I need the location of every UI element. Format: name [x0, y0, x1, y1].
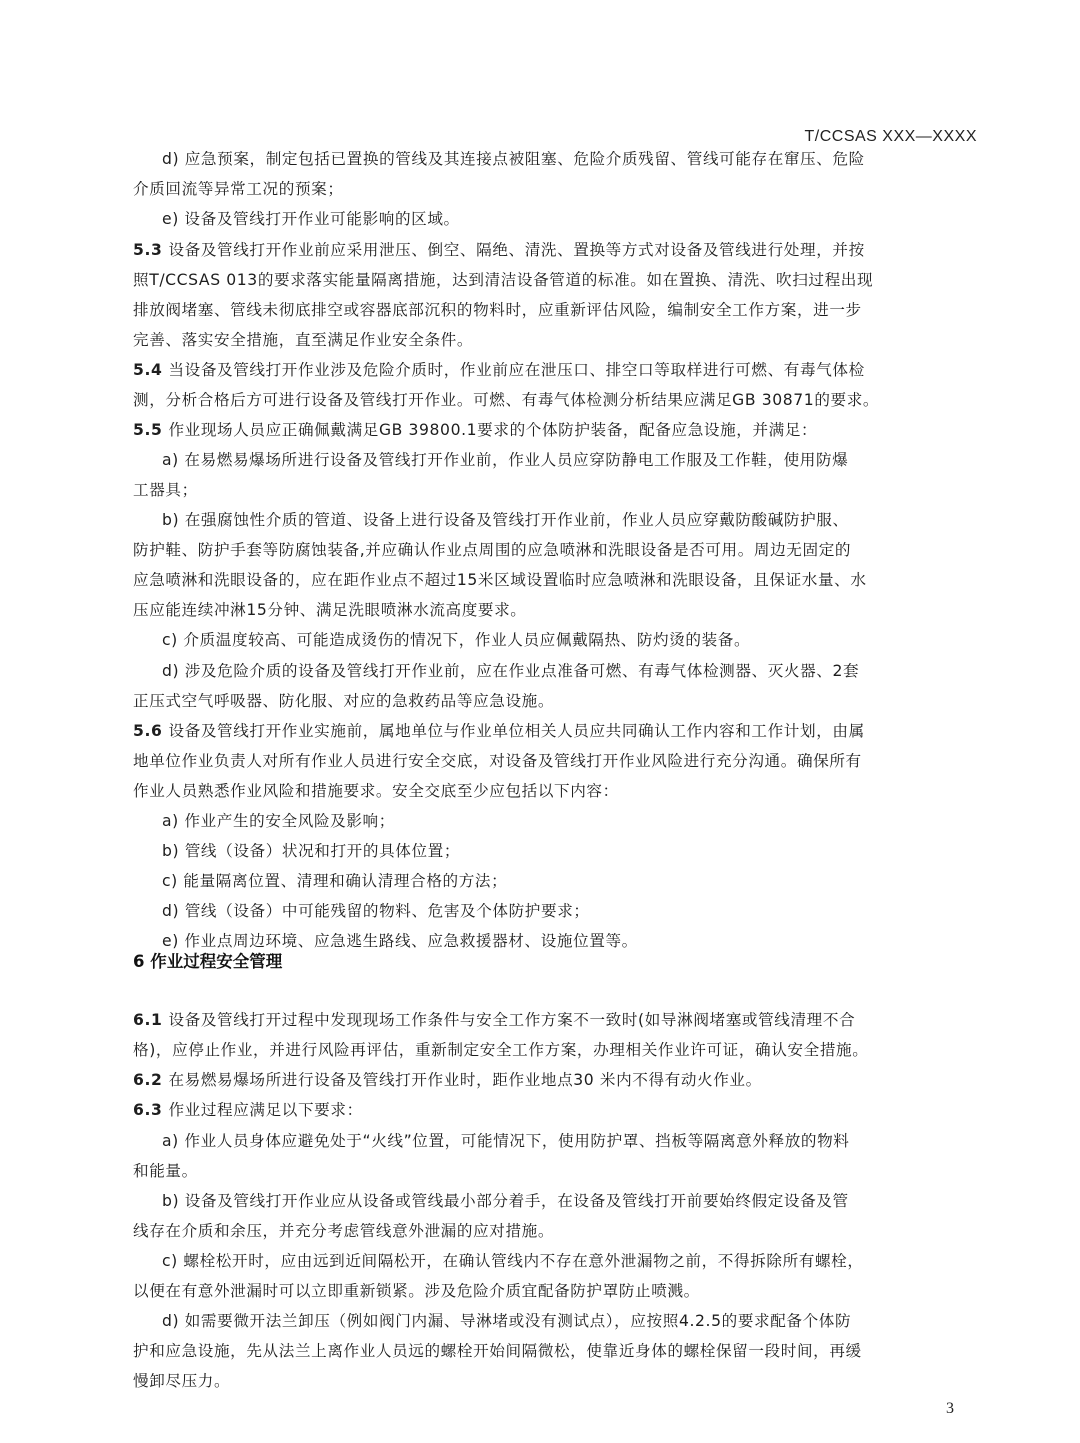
text-line: b) 在强腐蚀性介质的管道、设备上进行设备及管线打开作业前，作业人员应穿戴防酸碱… [162, 510, 849, 530]
line-text: 线存在介质和余压，并充分考虑管线意外泄漏的应对措施。 [133, 1222, 554, 1240]
line-text: d) 涉及危险介质的设备及管线打开作业前，应在作业点准备可燃、有毒气体检测器、灭… [162, 662, 859, 680]
text-line: 线存在介质和余压，并充分考虑管线意外泄漏的应对措施。 [133, 1221, 554, 1241]
text-line: 和能量。 [133, 1161, 198, 1181]
line-text: a) 作业人员身体应避免处于“火线”位置，可能情况下，使用防护罩、挡板等隔离意外… [162, 1132, 850, 1150]
line-text: 慢卸尽压力。 [133, 1372, 230, 1390]
text-line: 格)，应停止作业，并进行风险再评估，重新制定安全工作方案，办理相关作业许可证，确… [133, 1040, 868, 1060]
clause-number: 5.4 [133, 361, 162, 379]
clause-line: 6.2在易燃易爆场所进行设备及管线打开作业时，距作业地点30 米内不得有动火作业… [133, 1070, 762, 1090]
clause-number: 5.3 [133, 241, 162, 259]
clause-line: 5.3设备及管线打开作业前应采用泄压、倒空、隔绝、清洗、置换等方式对设备及管线进… [133, 240, 865, 260]
clause-line: 5.5作业现场人员应正确佩戴满足GB 39800.1要求的个体防护装备，配备应急… [133, 420, 817, 440]
text-line: c) 能量隔离位置、清理和确认清理合格的方法； [162, 871, 507, 891]
line-text: 防护鞋、防护手套等防腐蚀装备,并应确认作业点周围的应急喷淋和洗眼设备是否可用。周… [133, 541, 851, 559]
text-line: 照T/CCSAS 013的要求落实能量隔离措施，达到清洁设备管道的标准。如在置换… [133, 270, 873, 290]
line-text: 地单位作业负责人对所有作业人员进行安全交底，对设备及管线打开作业风险进行充分沟通… [133, 752, 862, 770]
text-line: 完善、落实安全措施，直至满足作业安全条件。 [133, 330, 473, 350]
text-line: 工器具； [133, 480, 198, 500]
line-text: e) 设备及管线打开作业可能影响的区域。 [162, 210, 460, 228]
text-line: 介质回流等异常工况的预案； [133, 179, 344, 199]
text-line: d) 管线（设备）中可能残留的物料、危害及个体防护要求； [162, 901, 590, 921]
line-text: 设备及管线打开作业前应采用泄压、倒空、隔绝、清洗、置换等方式对设备及管线进行处理… [168, 241, 864, 259]
line-text: 压应能连续冲淋15分钟、满足洗眼喷淋水流高度要求。 [133, 601, 527, 619]
line-text: 设备及管线打开作业实施前，属地单位与作业单位相关人员应共同确认工作内容和工作计划… [168, 722, 864, 740]
text-line: c) 螺栓松开时，应由远到近间隔松开，在确认管线内不存在意外泄漏物之前，不得拆除… [162, 1251, 864, 1271]
line-text: d) 管线（设备）中可能残留的物料、危害及个体防护要求； [162, 902, 590, 920]
line-text: b) 在强腐蚀性介质的管道、设备上进行设备及管线打开作业前，作业人员应穿戴防酸碱… [162, 511, 849, 529]
text-line: c) 介质温度较高、可能造成烫伤的情况下，作业人员应佩戴隔热、防灼烫的装备。 [162, 630, 750, 650]
document-page: T/CCSAS XXX—XXXX d) 应急预案，制定包括已置换的管线及其连接点… [0, 0, 1080, 1443]
line-text: 完善、落实安全措施，直至满足作业安全条件。 [133, 331, 473, 349]
clause-number: 6.3 [133, 1101, 162, 1119]
text-line: 护和应急设施，先从法兰上离作业人员远的螺栓开始间隔微松，使靠近身体的螺栓保留一段… [133, 1341, 862, 1361]
text-line: 排放阀堵塞、管线未彻底排空或容器底部沉积的物料时，应重新评估风险，编制安全工作方… [133, 300, 862, 320]
section-title-6: 6 作业过程安全管理 [133, 948, 282, 972]
line-text: 照T/CCSAS 013的要求落实能量隔离措施，达到清洁设备管道的标准。如在置换… [133, 271, 873, 289]
page-number: 3 [946, 1400, 954, 1418]
text-line: a) 在易燃易爆场所进行设备及管线打开作业前，作业人员应穿防静电工作服及工作鞋，… [162, 450, 848, 470]
line-text: 正压式空气呼吸器、防化服、对应的急救药品等应急设施。 [133, 692, 554, 710]
line-text: d) 应急预案，制定包括已置换的管线及其连接点被阻塞、危险介质残留、管线可能存在… [162, 150, 865, 168]
line-text: d) 如需要微开法兰卸压（例如阀门内漏、导淋堵或没有测试点），应按照4.2.5的… [162, 1312, 851, 1330]
line-text: c) 介质温度较高、可能造成烫伤的情况下，作业人员应佩戴隔热、防灼烫的装备。 [162, 631, 750, 649]
line-text: 介质回流等异常工况的预案； [133, 180, 344, 198]
line-text: 作业人员熟悉作业风险和措施要求。安全交底至少应包括以下内容： [133, 782, 619, 800]
text-line: 测，分析合格后方可进行设备及管线打开作业。可燃、有毒气体检测分析结果应满足GB … [133, 390, 879, 410]
text-line: b) 设备及管线打开作业应从设备或管线最小部分着手，在设备及管线打开前要始终假定… [162, 1191, 849, 1211]
line-text: 工器具； [133, 481, 198, 499]
text-line: 防护鞋、防护手套等防腐蚀装备,并应确认作业点周围的应急喷淋和洗眼设备是否可用。周… [133, 540, 851, 560]
clause-line: 6.3作业过程应满足以下要求： [133, 1100, 363, 1120]
text-line: d) 如需要微开法兰卸压（例如阀门内漏、导淋堵或没有测试点），应按照4.2.5的… [162, 1311, 851, 1331]
text-line: d) 应急预案，制定包括已置换的管线及其连接点被阻塞、危险介质残留、管线可能存在… [162, 149, 865, 169]
line-text: 在易燃易爆场所进行设备及管线打开作业时，距作业地点30 米内不得有动火作业。 [168, 1071, 761, 1089]
text-line: 地单位作业负责人对所有作业人员进行安全交底，对设备及管线打开作业风险进行充分沟通… [133, 751, 862, 771]
text-line: 作业人员熟悉作业风险和措施要求。安全交底至少应包括以下内容： [133, 781, 619, 801]
clause-number: 5.6 [133, 722, 162, 740]
line-text: 护和应急设施，先从法兰上离作业人员远的螺栓开始间隔微松，使靠近身体的螺栓保留一段… [133, 1342, 862, 1360]
text-line: a) 作业人员身体应避免处于“火线”位置，可能情况下，使用防护罩、挡板等隔离意外… [162, 1131, 850, 1151]
line-text: c) 螺栓松开时，应由远到近间隔松开，在确认管线内不存在意外泄漏物之前，不得拆除… [162, 1252, 864, 1270]
clause-number: 6.2 [133, 1071, 162, 1089]
text-line: e) 设备及管线打开作业可能影响的区域。 [162, 209, 460, 229]
text-line: a) 作业产生的安全风险及影响； [162, 811, 395, 831]
text-line: b) 管线（设备）状况和打开的具体位置； [162, 841, 460, 861]
line-text: 和能量。 [133, 1162, 198, 1180]
line-text: 应急喷淋和洗眼设备的，应在距作业点不超过15米区域设置临时应急喷淋和洗眼设备，且… [133, 571, 867, 589]
line-text: a) 作业产生的安全风险及影响； [162, 812, 395, 830]
line-text: 当设备及管线打开作业涉及危险介质时，作业前应在泄压口、排空口等取样进行可燃、有毒… [168, 361, 864, 379]
line-text: b) 管线（设备）状况和打开的具体位置； [162, 842, 460, 860]
line-text: b) 设备及管线打开作业应从设备或管线最小部分着手，在设备及管线打开前要始终假定… [162, 1192, 849, 1210]
text-line: 应急喷淋和洗眼设备的，应在距作业点不超过15米区域设置临时应急喷淋和洗眼设备，且… [133, 570, 867, 590]
line-text: 以便在有意外泄漏时可以立即重新锁紧。涉及危险介质宜配备防护罩防止喷溅。 [133, 1282, 700, 1300]
clause-number: 6.1 [133, 1011, 162, 1029]
text-line: d) 涉及危险介质的设备及管线打开作业前，应在作业点准备可燃、有毒气体检测器、灭… [162, 661, 859, 681]
text-line: 以便在有意外泄漏时可以立即重新锁紧。涉及危险介质宜配备防护罩防止喷溅。 [133, 1281, 700, 1301]
clause-line: 6.1设备及管线打开过程中发现现场工作条件与安全工作方案不一致时(如导淋阀堵塞或… [133, 1010, 855, 1030]
text-line: 正压式空气呼吸器、防化服、对应的急救药品等应急设施。 [133, 691, 554, 711]
line-text: 设备及管线打开过程中发现现场工作条件与安全工作方案不一致时(如导淋阀堵塞或管线清… [168, 1011, 855, 1029]
line-text: 排放阀堵塞、管线未彻底排空或容器底部沉积的物料时，应重新评估风险，编制安全工作方… [133, 301, 862, 319]
document-code-header: T/CCSAS XXX—XXXX [805, 128, 978, 146]
line-text: 格)，应停止作业，并进行风险再评估，重新制定安全工作方案，办理相关作业许可证，确… [133, 1041, 868, 1059]
text-line: 压应能连续冲淋15分钟、满足洗眼喷淋水流高度要求。 [133, 600, 527, 620]
line-text: 作业现场人员应正确佩戴满足GB 39800.1要求的个体防护装备，配备应急设施，… [168, 421, 817, 439]
clause-line: 5.4当设备及管线打开作业涉及危险介质时，作业前应在泄压口、排空口等取样进行可燃… [133, 360, 865, 380]
text-line: 慢卸尽压力。 [133, 1371, 230, 1391]
line-text: 作业过程应满足以下要求： [168, 1101, 362, 1119]
clause-line: 5.6设备及管线打开作业实施前，属地单位与作业单位相关人员应共同确认工作内容和工… [133, 721, 865, 741]
line-text: 测，分析合格后方可进行设备及管线打开作业。可燃、有毒气体检测分析结果应满足GB … [133, 391, 879, 409]
line-text: c) 能量隔离位置、清理和确认清理合格的方法； [162, 872, 507, 890]
line-text: a) 在易燃易爆场所进行设备及管线打开作业前，作业人员应穿防静电工作服及工作鞋，… [162, 451, 848, 469]
clause-number: 5.5 [133, 421, 162, 439]
